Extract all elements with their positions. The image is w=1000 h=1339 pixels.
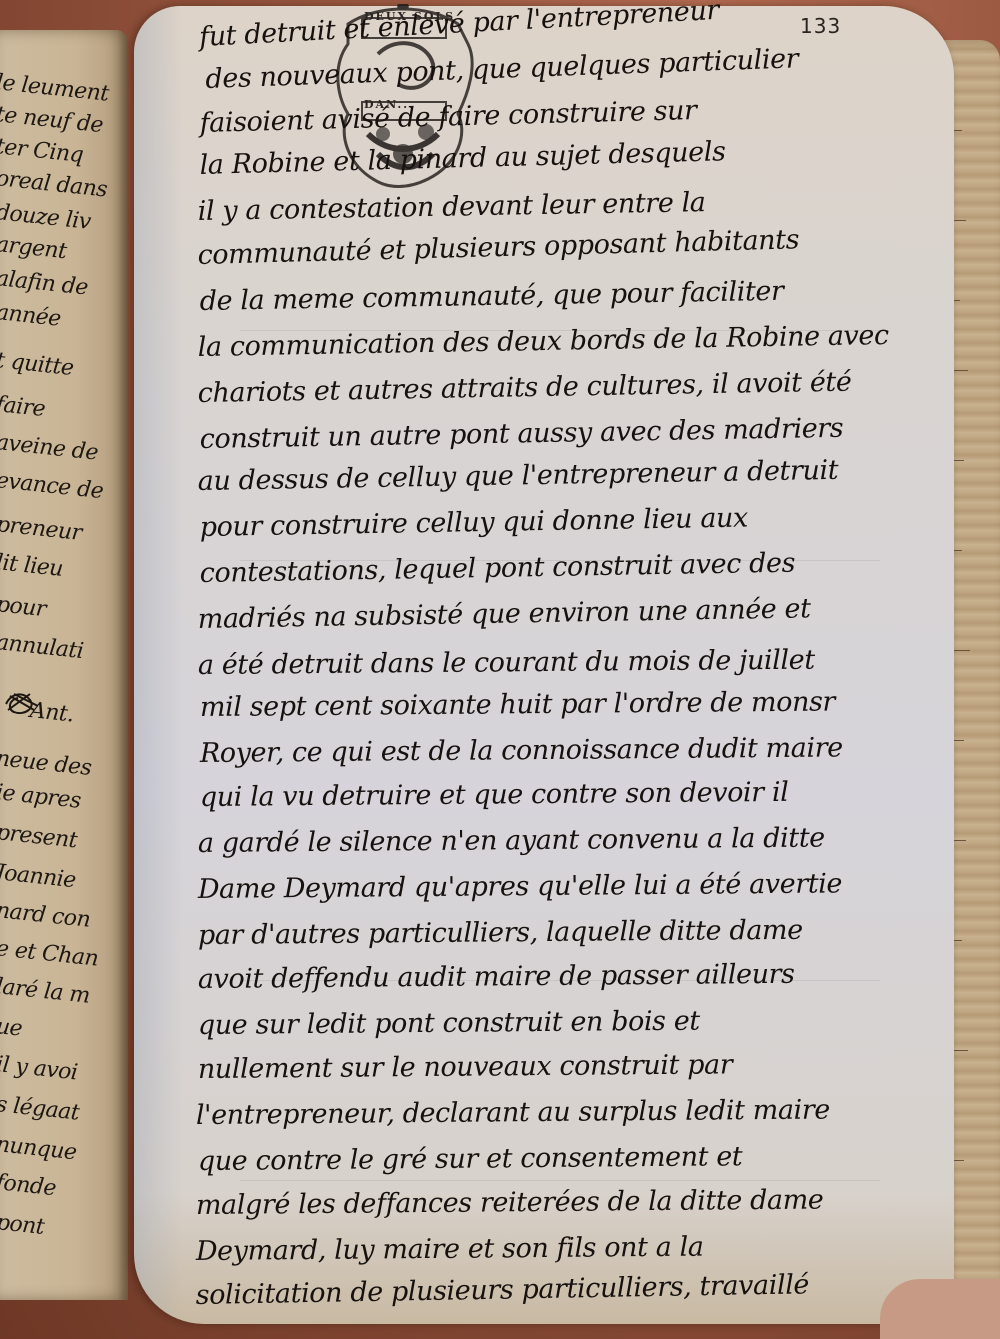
left-line: preneur	[0, 512, 83, 546]
left-line: il y avoi	[0, 1052, 79, 1085]
left-line: evance de	[0, 468, 104, 504]
left-line: faire	[0, 392, 46, 422]
manuscript-line: l'entrepreneur, declarant au surplus led…	[196, 1094, 830, 1131]
manuscript-line: que contre le gré sur et consentement et	[198, 1141, 743, 1177]
left-line: annulati	[0, 630, 84, 664]
left-page: le leument te neuf de ter Cinq oreal dan…	[0, 30, 128, 1300]
left-line: fonde	[0, 1170, 57, 1201]
manuscript-line: avoit deffendu audit maire de passer ail…	[198, 959, 795, 995]
left-line: le leument	[0, 70, 110, 107]
left-line: alafin de	[0, 266, 89, 301]
table-corner	[880, 1279, 1000, 1339]
manuscript-line: par d'autres particulliers, laquelle dit…	[198, 915, 803, 951]
left-line: present	[0, 820, 78, 853]
left-line: nunque	[0, 1132, 78, 1165]
left-line: e et Chan	[0, 936, 99, 972]
manuscript-line: Royer, ce qui est de la connoissance dud…	[200, 732, 843, 769]
left-line: ter Cinq	[0, 134, 84, 168]
left-line: pour	[0, 592, 47, 622]
left-line: t quitte	[0, 348, 75, 381]
left-line: Joannie	[0, 860, 77, 893]
left-line: aveine de	[0, 430, 99, 466]
left-line: argent	[0, 232, 68, 264]
manuscript-line: malgré les deffances reiterées de la dit…	[196, 1185, 824, 1221]
left-line: lit lieu	[0, 550, 64, 582]
left-line: s légaat	[0, 1092, 80, 1126]
left-line: douze liv	[0, 200, 92, 235]
left-line: pont	[0, 1210, 45, 1240]
page-number: 133	[800, 14, 841, 38]
flourish-icon	[4, 690, 44, 718]
manuscript-line: Dame Deymard qu'apres qu'elle lui a été …	[198, 868, 842, 905]
left-line: nard con	[0, 898, 91, 933]
manuscript-line: que sur ledit pont construit en bois et	[198, 1006, 700, 1041]
manuscript-line: a gardé le silence n'en ayant convenu a …	[198, 823, 825, 859]
left-line: oreal dans	[0, 166, 108, 203]
manuscript-line: a été detruit dans le courant du mois de…	[198, 645, 815, 681]
manuscript-line: nullement sur le nouveaux construit par	[198, 1049, 733, 1085]
left-line: ie apres	[0, 780, 82, 814]
manuscript-line: mil sept cent soixante huit par l'ordre …	[200, 686, 835, 723]
left-line: ue	[0, 1014, 23, 1042]
left-line: te neuf de	[0, 102, 104, 138]
manuscript-line: qui la vu detruire et que contre son dev…	[200, 777, 789, 813]
show-through-line	[240, 1180, 880, 1181]
manuscript-line: Deymard, luy maire et son fils ont a la	[196, 1232, 704, 1267]
left-line: neue des	[0, 746, 93, 781]
left-line: année	[0, 300, 62, 332]
left-line: laré la m	[0, 974, 91, 1009]
